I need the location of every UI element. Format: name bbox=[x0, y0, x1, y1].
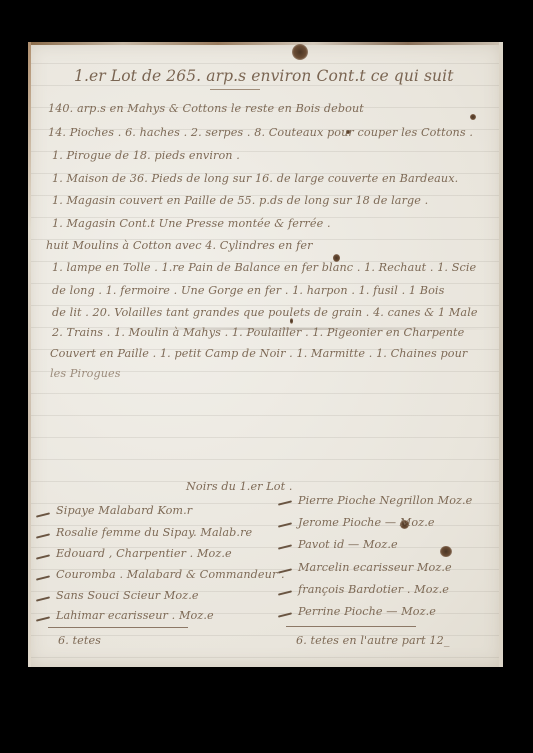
inventory-line: 1. lampe en Tolle . 1.re Pain de Balance… bbox=[52, 261, 476, 274]
inventory-line: 1. Magasin couvert en Paille de 55. p.ds… bbox=[52, 194, 428, 207]
right-total-rule bbox=[286, 626, 416, 627]
inventory-line: Couvert en Paille . 1. petit Camp de Noi… bbox=[50, 347, 467, 360]
list-dash bbox=[36, 596, 50, 601]
inventory-line: de lit . 20. Volailles tant grandes que … bbox=[52, 306, 478, 319]
inventory-line: 1. Magasin Cont.t Une Presse montée & fe… bbox=[52, 217, 331, 230]
paper-top-edge bbox=[28, 42, 503, 45]
list-item: Marcelin ecarisseur Moz.e bbox=[298, 561, 452, 574]
list-dash bbox=[36, 616, 50, 621]
list-item: Sans Souci Scieur Moz.e bbox=[56, 589, 199, 602]
list-dash bbox=[278, 590, 292, 595]
paper-left-edge bbox=[28, 42, 31, 667]
inventory-line: huit Moulins à Cotton avec 4. Cylindres … bbox=[46, 239, 313, 252]
inventory-line: 1. Pirogue de 18. pieds environ . bbox=[52, 149, 240, 162]
list-item: Pavot id — Moz.e bbox=[298, 538, 398, 551]
manuscript-page: 1.er Lot de 265. arp.s environ Cont.t ce… bbox=[28, 42, 503, 667]
inventory-line: de long . 1. fermoire . Une Gorge en fer… bbox=[52, 284, 444, 297]
list-dash bbox=[278, 500, 292, 505]
inventory-line: 2. Trains . 1. Moulin à Mahys . 1. Poula… bbox=[52, 326, 464, 339]
document-heading: 1.er Lot de 265. arp.s environ Cont.t ce… bbox=[74, 67, 454, 85]
right-total: 6. tetes en l'autre part 12_ bbox=[296, 634, 450, 647]
ink-stain bbox=[470, 114, 476, 120]
list-dash bbox=[36, 512, 50, 517]
ink-stain bbox=[292, 44, 308, 60]
list-item: Perrine Pioche — Moz.e bbox=[298, 605, 436, 618]
list-item: Couromba . Malabard & Commandeur . bbox=[56, 568, 285, 581]
list-item: françois Bardotier . Moz.e bbox=[298, 583, 449, 596]
ink-stain bbox=[440, 546, 452, 557]
paper-right-edge bbox=[499, 42, 503, 667]
inventory-line: les Pirogues bbox=[50, 367, 121, 380]
list-dash bbox=[278, 544, 292, 549]
list-dash bbox=[36, 575, 50, 580]
list-dash bbox=[36, 533, 50, 538]
section-title: Noirs du 1.er Lot . bbox=[186, 480, 293, 493]
left-total: 6. tetes bbox=[58, 634, 101, 647]
list-item: Rosalie femme du Sipay. Malab.re bbox=[56, 526, 252, 539]
list-item: Pierre Pioche Negrillon Moz.e bbox=[298, 494, 472, 507]
inventory-line: 140. arp.s en Mahys & Cottons le reste e… bbox=[48, 102, 364, 115]
left-total-rule bbox=[48, 627, 188, 628]
inventory-line: 1. Maison de 36. Pieds de long sur 16. d… bbox=[52, 172, 458, 185]
list-item: Sipaye Malabard Kom.r bbox=[56, 504, 192, 517]
heading-flourish bbox=[210, 89, 260, 90]
list-dash bbox=[278, 522, 292, 527]
inventory-line: 14. Pioches . 6. haches . 2. serpes . 8.… bbox=[48, 126, 473, 139]
list-item: Jerome Pioche — Moz.e bbox=[298, 516, 435, 529]
list-item: Edouard , Charpentier . Moz.e bbox=[56, 547, 232, 560]
list-dash bbox=[278, 612, 292, 617]
list-dash bbox=[36, 554, 50, 559]
list-item: Lahimar ecarisseur . Moz.e bbox=[56, 609, 214, 622]
